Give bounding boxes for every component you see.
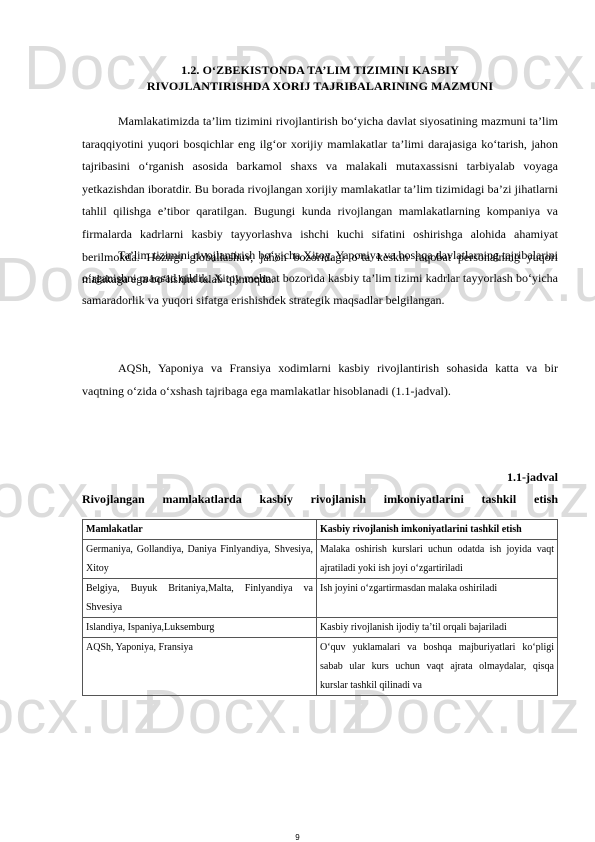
heading-line-1: 1.2. O‘ZBEKISTONDA TA’LIM TIZIMINI KASBI…: [82, 62, 558, 78]
table-cell-countries: Islandiya, Ispaniya,Luksemburg: [83, 618, 317, 638]
table-row: Germaniya, Gollandiya, Daniya Finlyandiy…: [83, 540, 558, 579]
table-cell-description: O‘quv yuklamalari va boshqa majburiyatla…: [317, 638, 558, 696]
paragraph-text: Ta’lim tizimini rivojlantirish bo‘yicha …: [82, 248, 558, 307]
table-cell-description: Ish joyini o‘zgartirmasdan malaka oshiri…: [317, 579, 558, 618]
table-row: Islandiya, Ispaniya,Luksemburg Kasbiy ri…: [83, 618, 558, 638]
table-header-cell: Mamlakatlar: [83, 520, 317, 540]
table-row: AQSh, Yaponiya, Fransiya O‘quv yuklamala…: [83, 638, 558, 696]
table-cell-countries: AQSh, Yaponiya, Fransiya: [83, 638, 317, 696]
table-row: Belgiya, Buyuk Britaniya,Malta, Finlyand…: [83, 579, 558, 618]
page-number: 9: [0, 833, 595, 842]
table-cell-description: Kasbiy rivojlanish ijodiy ta’til orqali …: [317, 618, 558, 638]
table-title: Rivojlangan mamlakatlarda kasbiy rivojla…: [82, 492, 558, 507]
countries-table: Mamlakatlar Kasbiy rivojlanish imkoniyat…: [82, 519, 558, 696]
paragraph-3: AQSh, Yaponiya va Fransiya xodimlarni ka…: [82, 357, 558, 402]
table-header-cell: Kasbiy rivojlanish imkoniyatlarini tashk…: [317, 520, 558, 540]
table-cell-countries: Belgiya, Buyuk Britaniya,Malta, Finlyand…: [83, 579, 317, 618]
section-heading: 1.2. O‘ZBEKISTONDA TA’LIM TIZIMINI KASBI…: [82, 62, 558, 94]
paragraph-text: AQSh, Yaponiya va Fransiya xodimlarni ka…: [82, 361, 558, 398]
table-label: 1.1-jadval: [507, 470, 558, 485]
table-cell-countries: Germaniya, Gollandiya, Daniya Finlyandiy…: [83, 540, 317, 579]
document-page: 1.2. O‘ZBEKISTONDA TA’LIM TIZIMINI KASBI…: [0, 0, 595, 842]
table-header-row: Mamlakatlar Kasbiy rivojlanish imkoniyat…: [83, 520, 558, 540]
heading-line-2: RIVOJLANTIRISHDA XORIJ TAJRIBALARINING M…: [82, 78, 558, 94]
table-cell-description: Malaka oshirish kurslari uchun odatda is…: [317, 540, 558, 579]
paragraph-2: Ta’lim tizimini rivojlantirish bo‘yicha …: [82, 244, 558, 312]
